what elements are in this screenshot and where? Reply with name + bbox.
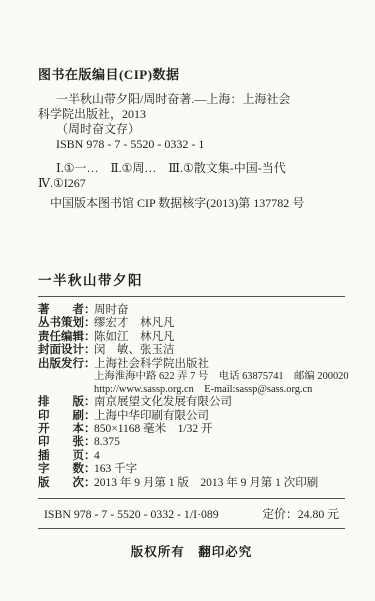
info-row-value: 南京展望文化发展有限公司 [94,396,232,409]
publication-info: 著 者： 周时奋 丛书策划： 缪宏才 林凡凡 责任编辑： 陈如江 林凡凡 封面设… [38,304,345,490]
info-row-typesetting: 排 版： 南京展望文化发展有限公司 [38,396,345,409]
cip-entry-line-2: 科学院出版社，2013 [38,107,345,122]
info-row-printing: 印 刷： 上海中华印刷有限公司 [38,410,345,423]
isbn-price-row: ISBN 978 - 7 - 5520 - 0332 - 1/I·089 定价：… [38,499,345,528]
page-content: 图书在版编目(CIP)数据 一半秋山带夕阳/周时奋著.—上海：上海社会 科学院出… [0,0,375,560]
cip-record-number: 中国版本图书馆 CIP 数据核字(2013)第 137782 号 [38,196,345,211]
info-row-author: 著 者： 周时奋 [38,304,345,317]
title-rule [38,296,345,297]
cip-entry-line-1: 一半秋山带夕阳/周时奋著.—上海：上海社会 [38,92,345,107]
info-row-value: 闵 敏、张玉洁 [94,344,175,357]
info-row-label: 责任编辑： [38,331,94,344]
cip-heading: 图书在版编目(CIP)数据 [38,64,345,83]
title-section: 一半秋山带夕阳 [38,269,345,297]
info-row-inserts: 插 页： 4 [38,450,345,463]
info-row-edition: 版 次： 2013 年 9 月第 1 版 2013 年 9 月第 1 次印刷 [38,477,345,490]
cip-series-note: （周时奋文存） [38,122,345,137]
info-row-cover-design: 封面设计： 闵 敏、张玉洁 [38,344,345,357]
cip-isbn: ISBN 978 - 7 - 5520 - 0332 - 1 [38,137,345,152]
info-row-value: 上海社会科学院出版社 [94,358,209,371]
cip-block: 图书在版编目(CIP)数据 一半秋山带夕阳/周时奋著.—上海：上海社会 科学院出… [38,64,345,211]
info-row-value: 850×1168 毫米 1/32 开 [94,423,213,436]
book-copyright-page: 图书在版编目(CIP)数据 一半秋山带夕阳/周时奋著.—上海：上海社会 科学院出… [0,0,375,601]
cip-classification-line-2: Ⅳ.①I267 [38,176,345,191]
info-row-value: 8.375 [94,436,120,449]
info-row-value: 163 千字 [94,463,137,476]
info-row-label: 印 张： [38,436,94,449]
info-row-label: 印 刷： [38,410,94,423]
info-row-value: 陈如江 林凡凡 [94,331,175,344]
info-row-word-count: 字 数： 163 千字 [38,463,345,476]
info-row-label: 排 版： [38,396,94,409]
info-row-value: 缪宏才 林凡凡 [94,317,175,330]
info-row-label: 著 者： [38,304,94,317]
info-row-value: 上海中华印刷有限公司 [94,410,209,423]
info-row-label: 出版发行： [38,358,94,371]
info-row-value: 周时奋 [94,304,129,317]
isbn-number: ISBN 978 - 7 - 5520 - 0332 - 1/I·089 [44,507,219,522]
info-row-label: 版 次： [38,477,94,490]
publisher-address: 上海淮海中路 622 弄 7 号 电话 63875741 邮编 200020 [38,371,345,384]
info-row-label: 封面设计： [38,344,94,357]
copyright-notice: 版权所有 翻印必究 [38,542,345,560]
publisher-website-email: http://www.sassp.org.cn E-mail:sassp@sas… [38,384,345,397]
info-row-label: 字 数： [38,463,94,476]
price: 定价：24.80 元 [262,505,339,522]
info-row-publisher: 出版发行： 上海社会科学院出版社 [38,358,345,371]
info-row-series-planner: 丛书策划： 缪宏才 林凡凡 [38,317,345,330]
info-row-value: 2013 年 9 月第 1 版 2013 年 9 月第 1 次印刷 [94,477,318,490]
info-row-label: 丛书策划： [38,317,94,330]
isbn-bottom-rule [38,528,345,529]
info-row-value: 4 [94,450,100,463]
info-row-editor: 责任编辑： 陈如江 林凡凡 [38,331,345,344]
cip-classification-line-1: Ⅰ.①一… Ⅱ.①周… Ⅲ.①散文集-中国-当代 [38,161,345,176]
info-row-label: 开 本： [38,423,94,436]
info-row-format: 开 本： 850×1168 毫米 1/32 开 [38,423,345,436]
isbn-price-section: ISBN 978 - 7 - 5520 - 0332 - 1/I·089 定价：… [38,498,345,529]
info-row-label: 插 页： [38,450,94,463]
book-title: 一半秋山带夕阳 [38,269,345,289]
info-row-sheets: 印 张： 8.375 [38,436,345,449]
